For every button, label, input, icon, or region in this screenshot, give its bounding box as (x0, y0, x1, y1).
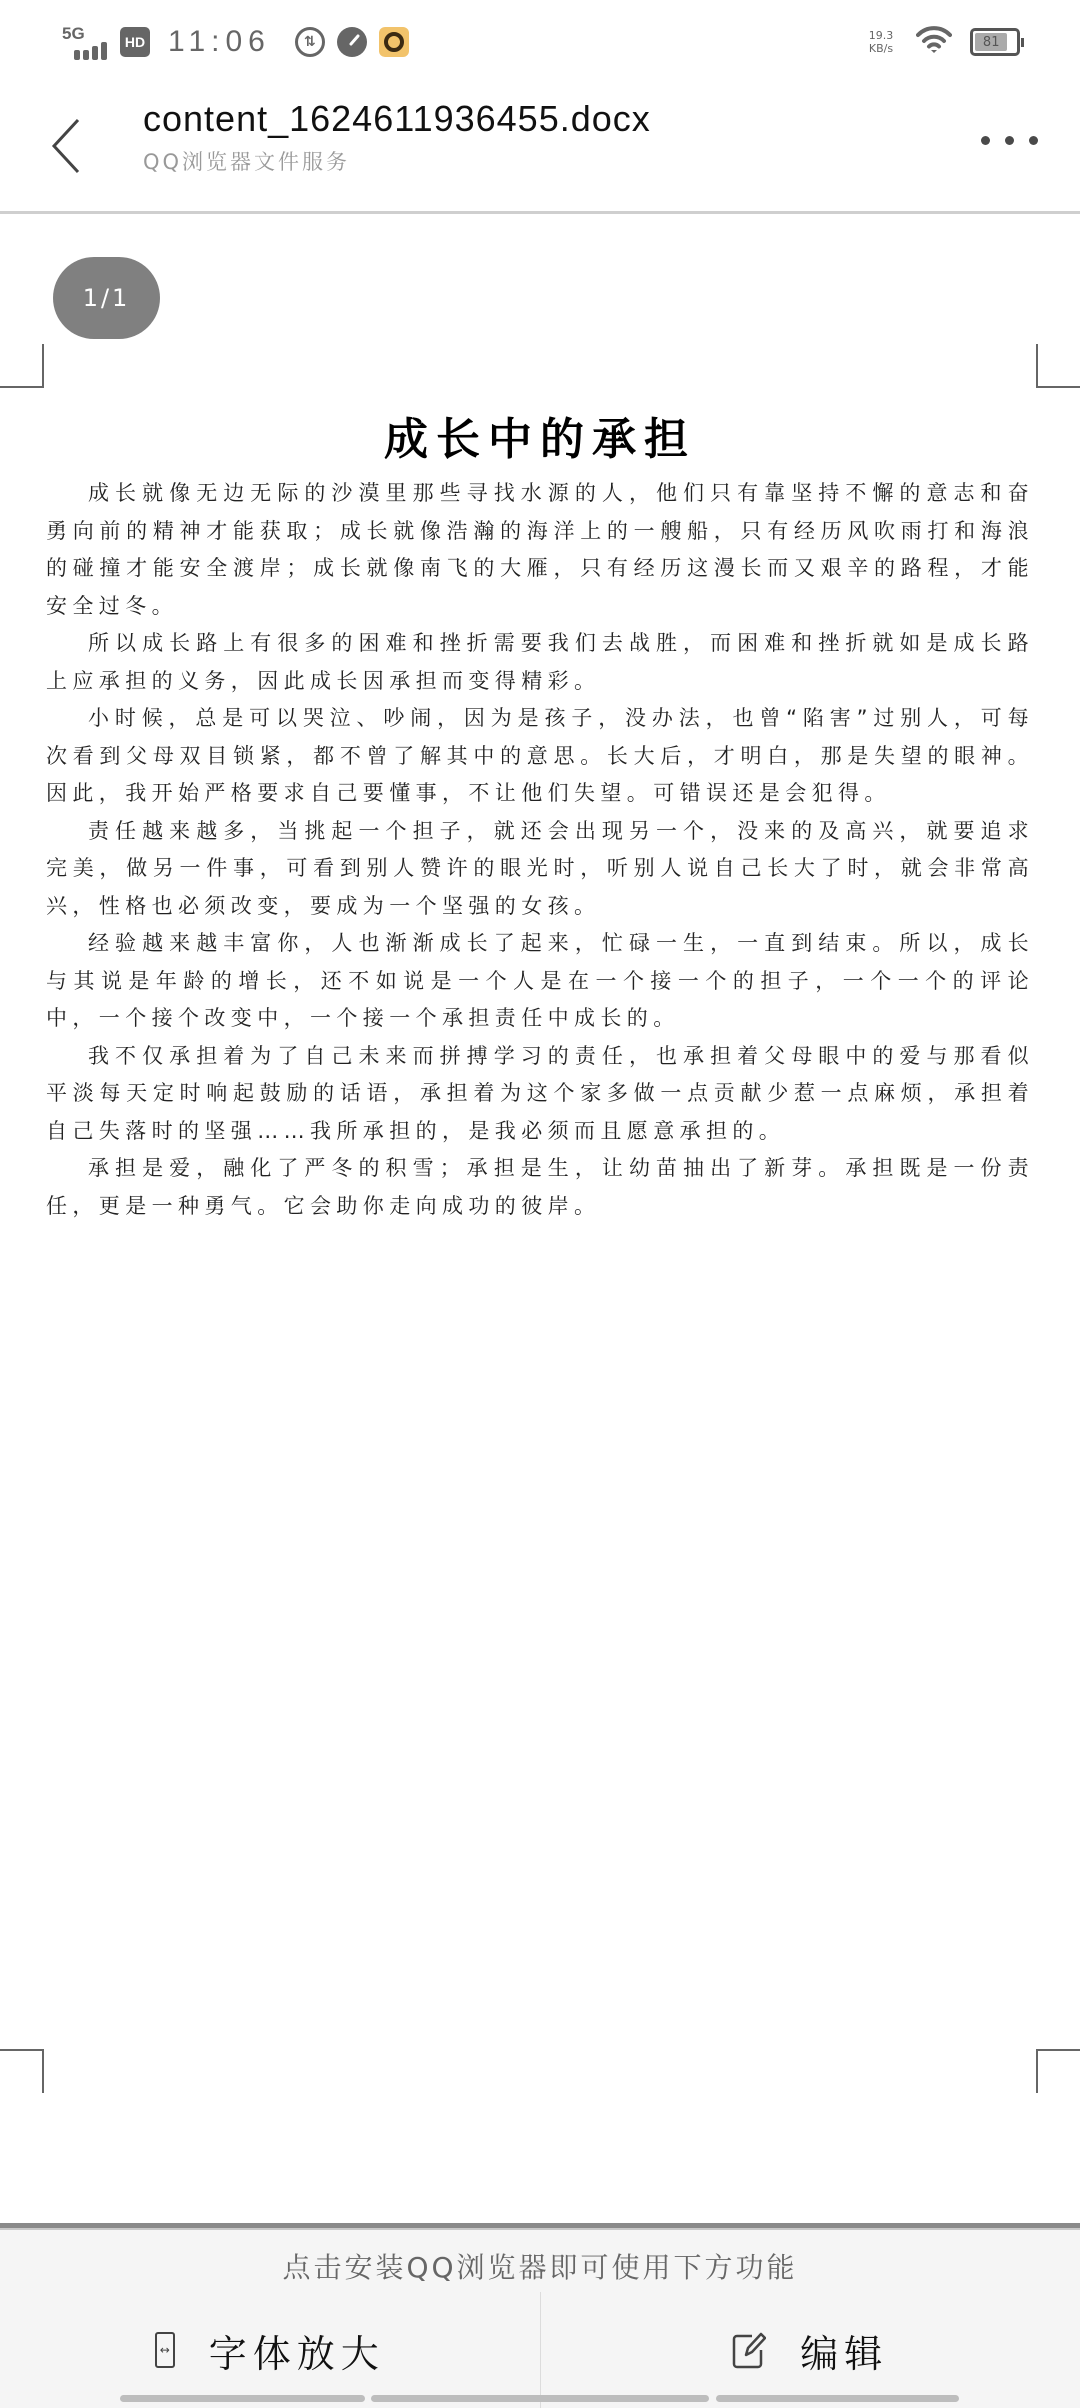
battery-level: 81 (983, 35, 1000, 50)
edit-button[interactable]: 编辑 (540, 2292, 1080, 2408)
page-corner-mark (0, 2049, 44, 2093)
status-left: 5G HD 11:06 ⇅ (62, 22, 409, 62)
more-dots-icon (981, 136, 990, 145)
page-corner-mark (1036, 2049, 1080, 2093)
net-speed: 19.3 KB/s (864, 29, 898, 55)
status-bar: 5G HD 11:06 ⇅ 19.3 KB/s 81 (0, 0, 1080, 84)
title-bar: content_1624611936455.docx QQ浏览器文件服务 (0, 84, 1080, 214)
paragraph: 经验越来越丰富你，人也渐渐成长了起来，忙碌一生，一直到结束。所以，成长与其说是年… (46, 925, 1034, 1038)
document-title: content_1624611936455.docx (143, 98, 651, 140)
document-heading: 成长中的承担 (0, 403, 1080, 467)
back-button[interactable] (40, 114, 90, 178)
wifi-icon (916, 26, 952, 58)
font-enlarge-icon: ↔ (155, 2332, 175, 2368)
document-source: QQ浏览器文件服务 (143, 146, 350, 176)
document-viewer[interactable]: 1/1 成长中的承担 成长就像无边无际的沙漠里那些寻找水源的人，他们只有靠坚持不… (0, 217, 1080, 2225)
paragraph: 我不仅承担着为了自己未来而拼搏学习的责任，也承担着父母眼中的爱与那看似平淡每天定… (46, 1038, 1034, 1151)
app-notification-icon (379, 27, 409, 57)
chevron-left-icon (40, 114, 90, 178)
install-promo-text[interactable]: 点击安装QQ浏览器即可使用下方功能 (0, 2246, 1080, 2286)
hd-icon: HD (120, 27, 150, 57)
status-right: 19.3 KB/s 81 (864, 22, 1020, 62)
signal-icon: 5G (62, 24, 108, 60)
network-type: 5G (62, 24, 85, 44)
font-enlarge-button[interactable]: ↔ 字体放大 (0, 2292, 540, 2408)
clock: 11:06 (168, 25, 271, 59)
page-corner-mark (0, 344, 44, 388)
bottom-action-panel: 点击安装QQ浏览器即可使用下方功能 ↔ 字体放大 编辑 (0, 2223, 1080, 2408)
page-indicator: 1/1 (53, 257, 160, 339)
document-body: 成长就像无边无际的沙漠里那些寻找水源的人，他们只有靠坚持不懈的意志和奋勇向前的精… (46, 475, 1034, 1225)
paragraph: 成长就像无边无际的沙漠里那些寻找水源的人，他们只有靠坚持不懈的意志和奋勇向前的精… (46, 475, 1034, 625)
action-row: ↔ 字体放大 编辑 (0, 2292, 1080, 2408)
more-button[interactable] (981, 136, 1038, 145)
data-saver-icon: ⇅ (295, 27, 325, 57)
gesture-bar (0, 2395, 1080, 2402)
battery-icon: 81 (970, 28, 1020, 56)
page-corner-mark (1036, 344, 1080, 388)
paragraph: 所以成长路上有很多的困难和挫折需要我们去战胜，而困难和挫折就如是成长路上应承担的… (46, 625, 1034, 700)
paragraph: 小时候，总是可以哭泣、吵闹，因为是孩子，没办法，也曾“陷害”过别人，可每次看到父… (46, 700, 1034, 813)
speed-dial-icon (337, 27, 367, 57)
paragraph: 承担是爱，融化了严冬的积雪；承担是生，让幼苗抽出了新芽。承担既是一份责任，更是一… (46, 1150, 1034, 1225)
font-enlarge-label: 字体放大 (209, 2323, 385, 2378)
edit-label: 编辑 (800, 2323, 888, 2378)
edit-icon (732, 2331, 766, 2369)
paragraph: 责任越来越多，当挑起一个担子，就还会出现另一个，没来的及高兴，就要追求完美，做另… (46, 813, 1034, 926)
